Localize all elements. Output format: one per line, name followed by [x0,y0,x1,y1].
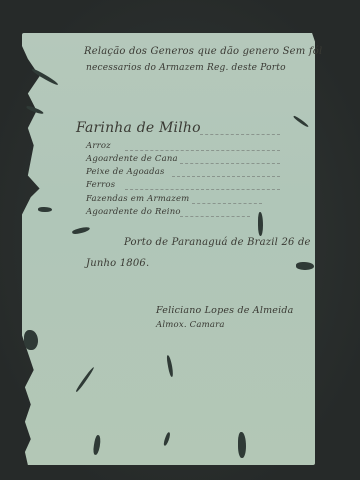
list-item: Arroz [86,141,111,151]
dotted-leader [125,189,280,190]
list-item: Peixe de Agoadas [86,167,165,177]
document-header-line-2: necessarios do Armazem Reg. deste Porto [86,63,286,73]
list-item: Agoardente de Cana [86,154,178,164]
signature-name: Feliciano Lopes de Almeida [156,305,294,316]
document-header-line-1: Relação dos Generos que dão genero Sem f… [84,46,322,57]
damage-mark [238,432,246,458]
list-item: Fazendas em Armazem [86,194,189,204]
dateline-line-1: Porto de Paranaguá de Brazil 26 de [124,237,311,248]
list-item: Ferros [86,180,115,190]
dotted-leader [180,216,250,217]
dotted-leader [200,134,280,135]
dateline-line-2: Junho 1806. [86,258,149,269]
manuscript-page [22,33,315,465]
damage-mark [24,330,38,350]
section-title: Farinha de Milho [76,120,201,136]
damage-mark [258,212,263,236]
dotted-leader [180,163,280,164]
damage-mark [296,262,314,270]
dotted-leader [172,176,280,177]
dotted-leader [192,203,262,204]
list-item: Agoardente do Reino [86,207,181,217]
dotted-leader [125,150,280,151]
damage-mark [38,207,52,212]
signature-title: Almox. Camara [156,320,225,330]
